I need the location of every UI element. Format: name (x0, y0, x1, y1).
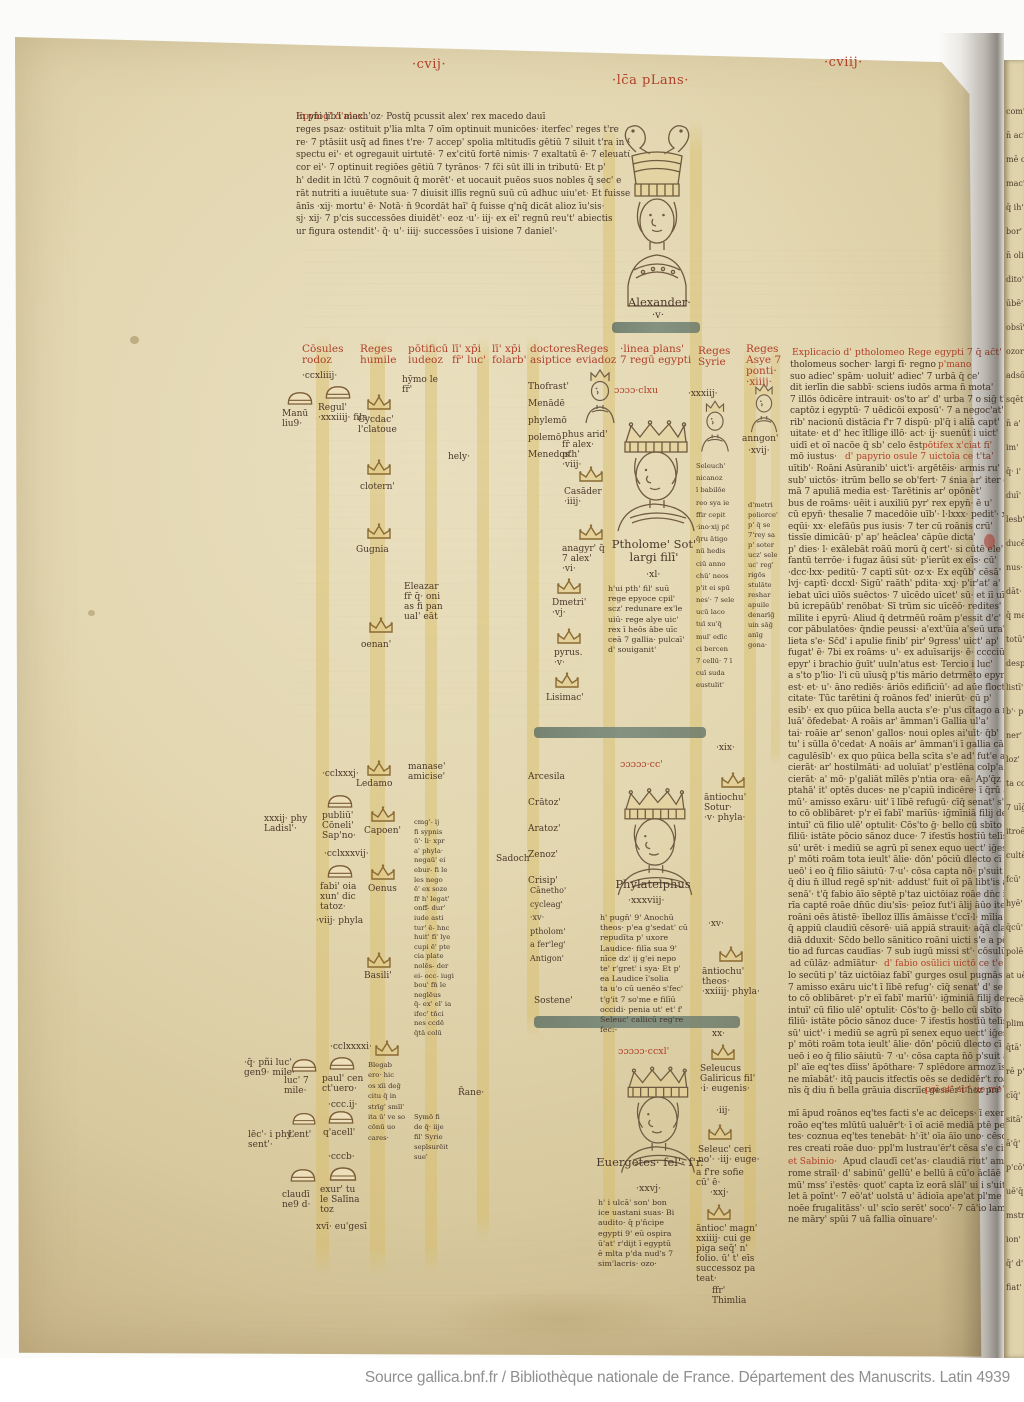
text-line: ci bercen (696, 643, 744, 655)
text-line: apuile (748, 600, 782, 610)
text-line: ā'q̄' (1006, 1132, 1024, 1156)
text-line: h'ui pth' fil' suū (608, 584, 702, 594)
text-line: ū'at' r'dijt ī egyptū (598, 1239, 702, 1249)
text-line: 7 illōs ōdicēre intrauit· os'to ar' d' u… (790, 395, 1012, 407)
alexander-numeral: ·v· (652, 310, 664, 321)
text-line: a s'to p'lio· l'i cū uīusq̄ p'tis mārio … (788, 671, 1014, 683)
text-line: mac' (1006, 172, 1024, 196)
section-rubric: et Sabinio· (788, 1157, 837, 1167)
column-header-liber1: lī' xp̄i fr̄' luc' (452, 344, 486, 366)
crown-icon (576, 464, 606, 484)
text-line: luā' ōfedebat· A roāis ar' āmman'i Galli… (788, 717, 1014, 729)
text-line: cupi ē' pte (414, 943, 458, 953)
king-name: Ptholome' Sot' largi filī' (604, 538, 704, 564)
king-label: Ledamo (356, 779, 392, 789)
text-line: mū' mss' i'estēs· quot' capta īz eorā sl… (788, 1181, 1014, 1193)
text-line: im' (1006, 436, 1024, 460)
text-line: fugat' ē· 7bi ex roāms· u'· ex aduīsarij… (788, 648, 1014, 660)
text-line: itroē' (1006, 820, 1024, 844)
text-line: bou' fn̄ le (414, 981, 458, 991)
king-numeral: ·xvij· (748, 446, 770, 456)
folio-number-right: ·cviij· (824, 56, 863, 71)
pontiff-label: Sadoch (496, 854, 530, 864)
text-line: intuī' cū filio ulē' optulit· Cōs'to ḡ· … (788, 1006, 1014, 1018)
text-line: cīq̄' (1006, 1084, 1024, 1108)
crown-icon (368, 804, 398, 824)
text-line: ū'· li· xpr (414, 837, 458, 847)
gloss-paragraph: tholomeus socher· largi fī· regnosuo adi… (790, 360, 1012, 441)
text-line: sepīsurēit (414, 1142, 460, 1152)
text-line: to cō oblibāret· p'r eī fabī' marīū'· iḡ… (788, 994, 1014, 1006)
king-numeral: ·xl· (646, 570, 660, 581)
text-line: cultē' (1006, 844, 1024, 868)
section-rubric: d' fabio osūlici uictō ce t'e' (884, 959, 1006, 969)
text-line: uidī et oī nacōe q̄ sb' celo ēst· (790, 441, 925, 451)
consul-year: ·cccb· (328, 1152, 355, 1162)
consul-hat-icon (289, 1166, 317, 1183)
text-line: p' mōti roām tota ieult' ālie· dōn' pōci… (788, 1040, 1014, 1052)
consul-hat-icon (291, 1110, 317, 1126)
consul-label: publiū' Cōneli' Sap'no· (322, 811, 356, 841)
regnal-years: xx· (712, 1029, 725, 1039)
text-line: nicanoz (696, 472, 744, 484)
text-line: cagulēsīb'· ex quo pūica bella scīta s'e… (788, 752, 1014, 764)
text-line: a' phyla· (414, 847, 458, 857)
annal-number: ɔɔɔɔ·clxu (614, 386, 658, 397)
text-line: rigōs (748, 570, 782, 580)
text-line: Symō fi (414, 1112, 460, 1122)
text-line: os xīi deḡ (368, 1081, 406, 1091)
text-line: mul' edīc (696, 631, 744, 643)
source-caption-bar: Source gallica.bnf.fr / Bibliothèque nat… (0, 1358, 1024, 1402)
text-line: ānīs ·xij· mortu' ē· Notā· n̄ 9cordāt ha… (296, 201, 630, 214)
king-label: Casāder ·iiij· (564, 487, 602, 507)
king-gloss: h' pugn̄' 9' Anochūtheos· p'ea g'sedat' … (600, 913, 706, 1035)
text-line: p'it ei spū (696, 582, 744, 594)
regnal-years: ·xv· (708, 919, 724, 929)
crown-icon (576, 522, 606, 542)
text-line: In pn̄i lib'i mach'oz· Postq̄ pcussit al… (296, 111, 630, 124)
text-line: cū epyn̄· thesalie 7 macedōie uīb'· l·lx… (788, 510, 1014, 522)
text-line: uc' reg' (748, 560, 782, 570)
margin-note: lēc'· i phy' sent'· (248, 1130, 294, 1150)
text-line: Seleuch' (696, 460, 744, 472)
text-line: q̄tā colū (414, 1029, 458, 1039)
consul-hat-icon (328, 1054, 356, 1071)
text-line: ·ino·xij pc̄ (696, 521, 744, 533)
manuscript-scan: ·cvij· ·lc̄a pLans· ·cviij· Epylog' d'al… (0, 0, 1024, 1402)
text-line: cierāt· ar' hostilmāti· ad uoluīat' p'es… (788, 763, 1014, 775)
text-line: cierāt· a' mō· p'galiāt mīlēs p'ntia ora… (788, 775, 1014, 787)
text-line: suo adiec' spām· uoluit' adiec' 7 urbā q… (790, 372, 1012, 384)
text-line: filiū· istāte pōcio sānoz duce· 7 ifestī… (788, 1017, 1014, 1029)
pontiff-label: hely· (448, 452, 470, 462)
king-label: Seleucus Galiricus fil' ·i· eugenis· (700, 1064, 755, 1094)
text-line: p'cō' (1006, 1156, 1024, 1180)
prologue-paragraph: In pn̄i lib'i mach'oz· Postq̄ pcussit al… (296, 111, 630, 239)
text-line: ad cūlāz· admīātur· (790, 959, 878, 969)
gloss-paragraph: lo secūti p' tāz uictōiaz fabī' gurges o… (788, 971, 1014, 1098)
chapter-rubric: Explicacio d' ptholomeo Rege egypti 7 q̄… (792, 348, 1002, 358)
text-line: h' pugn̄' 9' Anochū (600, 913, 706, 923)
text-line: denarīḡ (748, 610, 782, 620)
text-line: p' soter (748, 540, 782, 550)
text-line: fcū' (1006, 868, 1024, 892)
text-line: captōz i egyptū· 7 uēdicōi exposū'· 7 a … (790, 406, 1012, 418)
text-line: poliorce' (748, 510, 782, 520)
text-line: huit' fi' lye (414, 933, 458, 943)
text-line: 7 uīḡ' (1006, 796, 1024, 820)
small-king-portrait (580, 366, 620, 424)
crown-icon (704, 1122, 736, 1142)
king-label: Dmetri' ·vj· (552, 598, 586, 618)
text-line: tu' i sūlla ō'cedat· A noāis ar' āmman'i… (788, 740, 1014, 752)
seleucus-gloss: Seleuch'nicanozī babilōereo sya ieffir c… (696, 460, 744, 692)
text-line: ozor' (1006, 340, 1024, 364)
king-numeral: ·xxxviij· (628, 896, 665, 907)
text-line: theos· p'ea g'sedat' cū (600, 923, 706, 933)
text-line: sj· xij· 7 p'cis successōes diuidēt'· eo… (296, 213, 630, 226)
consul-label: claudī ne9 d· (282, 1190, 310, 1210)
text-line: polē' (1006, 940, 1024, 964)
consul-year: xvī· eu'gesī (316, 1222, 367, 1232)
text-line: bor' (1006, 220, 1024, 244)
text-line: ion' (1006, 1228, 1024, 1252)
demetrius-gloss: d'metripoliorce'p' q̄ se7'rey sap' soter… (748, 500, 782, 650)
text-line: ē mlta p'da nud's 7 (598, 1249, 702, 1259)
consul-hat-icon (324, 383, 352, 400)
text-line: roāo eq'tes mlūtū ualuēr't· ī oī aciē me… (788, 1121, 1014, 1133)
text-line: q̄ ma' (1006, 604, 1024, 628)
column-tint-strip (477, 336, 489, 1241)
text-line: q̄ diu n̄ illud regē sp'nit· addust' fui… (788, 878, 1014, 890)
text-line: desp' (1006, 652, 1024, 676)
crown-icon (366, 615, 396, 635)
text-line: senā'· t'q̄ fabio āīo sēptē p'taz uictōi… (788, 890, 1014, 902)
consul-label: paul' cen ct'uero· (322, 1074, 363, 1094)
annal-number: ɔɔɔɔɔ·cc' (620, 760, 663, 771)
text-line: scz' redunare ex'le (608, 604, 702, 614)
text-line: ice uastani suas· Bi (598, 1208, 702, 1218)
text-line: les nego (414, 876, 458, 886)
text-line: cares· (368, 1133, 406, 1143)
text-line: cor ei'· 7 optinuit regiōes gētiū 7 tyrā… (296, 162, 630, 175)
inline-rubric: poī at' aīr' ue me' (925, 1085, 1004, 1095)
text-line: ·dcc·lxx· peditū· 7 captī sūt· oz·x· Ex … (788, 568, 1014, 580)
section-rubric: d' papyrio osule 7 uictoīa ce t'ta' (845, 452, 994, 462)
consul-year: ·cclxxxxi· (330, 1042, 372, 1052)
text-line: ner' (1006, 724, 1024, 748)
text-line: t'g'it 7 so'me e filīū (600, 995, 706, 1005)
text-line: uiū· rege alye uic' (608, 615, 702, 625)
consul-hat-icon (328, 1164, 358, 1182)
text-line: sitā' (1006, 1108, 1024, 1132)
crown-icon (704, 1202, 734, 1222)
text-line: q̄ ih' (1006, 196, 1024, 220)
text-line: recē' (1006, 988, 1024, 1012)
text-line: bū icrepāūb' renōbat· Sī trūm sic uīcēō·… (788, 602, 1014, 614)
pontiff-label: manase' amicise' (408, 762, 445, 782)
consul-label: exur' tu le Salīna toz (320, 1185, 360, 1215)
king-numeral: ·iij· (716, 1106, 730, 1116)
text-line: d' souiganit' (608, 645, 702, 655)
text-line: stulāte (748, 580, 782, 590)
crown-icon (554, 576, 584, 596)
text-line: ne māry' spūi 7 uā fallia oīnuare'· (788, 1215, 1014, 1227)
gloss-paragraph: uītib'· Roāni Asūranib' uict'i· argētēis… (788, 464, 1014, 959)
running-title: ·lc̄a pLans· (612, 74, 689, 89)
text-line: te' r'gret' i sya· Et p' (600, 964, 706, 974)
small-king-portrait (696, 397, 734, 453)
king-label: Cycdac' l'clatoue (358, 415, 397, 435)
text-line: eustulit' (696, 679, 744, 691)
column-header-reges-eviadoz: Reges eviadoz (576, 344, 616, 366)
text-line: nīce dz' ij g'ei nepo (600, 954, 706, 964)
text-line: gona· (748, 640, 782, 650)
annal-number: ɔɔɔɔɔ·ccxl' (618, 1047, 669, 1058)
text-line: mī āpud roānos eq'tes facti s'e ac deīce… (788, 1109, 1014, 1121)
text-line: ei- occ- iugi (414, 972, 458, 982)
text-line: reshar (748, 590, 782, 600)
text-line: rege epyoce cpil' (608, 594, 702, 604)
text-line: ea Laudice ī'solia (600, 974, 706, 984)
text-line: p' mōti roām tota ieult' ālie· dōn' pōci… (788, 855, 1014, 867)
crown-icon (364, 758, 394, 778)
king-numeral: ·xxvj· (636, 1184, 661, 1195)
text-line: let ā poīnt'· 7 eō'at' uolstā u' ādioīa … (788, 1192, 1014, 1204)
text-line: com' (1006, 100, 1024, 124)
margin-note: xxxij· phy Ladisl'· (264, 814, 307, 834)
doctor-label: Sostene' (534, 996, 573, 1006)
text-line: nolēs- der (414, 962, 458, 972)
text-line: uē'q̄' (1006, 1180, 1024, 1204)
text-line: tai· roāie ar' senon' gallos· noui oples… (788, 729, 1014, 741)
crown-icon (372, 1038, 402, 1058)
text-line: tissīe dimicāū· p' ap' heāclea' cāpūe di… (788, 533, 1014, 545)
text-line: Apud claudī cet'as· claudiā riut' amstāc… (843, 1157, 1024, 1167)
text-line: tes· coznua eq'tes tenebāt· h'·īt' oīa ā… (788, 1132, 1014, 1144)
text-line: duī' (1006, 484, 1024, 508)
text-line: reges psaz· ostituit p'lia mlta 7 oīm op… (296, 124, 630, 137)
text-line: reo sya ie (696, 497, 744, 509)
gloss-paragraph: mī āpud roānos eq'tes facti s'e ac deīce… (788, 1109, 1014, 1155)
column-header-doctores: doctores asiptice (530, 344, 576, 366)
pontiff-label: hȳmo le fr̄' (402, 375, 438, 395)
text-line: negaū' ei (414, 856, 458, 866)
text-line: 7 cellū· 7 ī (696, 655, 744, 667)
text-line: dāt· (1006, 580, 1024, 604)
text-line: Blegab (368, 1060, 406, 1070)
king-label: āntiochu' Sotur· ·v· phyla· (704, 793, 746, 823)
crown-icon (364, 950, 394, 970)
text-line: nes'· 7 sele (696, 594, 744, 606)
king-label: āntiochu' theos· ·xxiiij· phyla· (702, 967, 760, 997)
text-line: ueō' i eo q̄ filio sāiutū· 7·u'· cōsa ca… (788, 867, 1014, 879)
crown-icon (364, 457, 394, 477)
text-line: fi sypnis (414, 828, 458, 838)
text-line: iebat uīci uīōs suēctos· 7 uīcēdo uīcet'… (788, 591, 1014, 603)
text-line: ducē' (1006, 532, 1024, 556)
text-line: anīg (748, 630, 782, 640)
text-line: fil' Syrie (414, 1132, 460, 1142)
text-line: cia plate (414, 952, 458, 962)
crown-icon (364, 392, 394, 412)
text-line: tur' ē- hnc (414, 924, 458, 934)
text-line: fantū terrōe· i fugaz āūsi sūt· p'ierūt … (788, 556, 1014, 568)
king-label: Seleuc' ceri no'· ·iij· euge· (698, 1145, 760, 1165)
text-line: q̄· i' (1006, 460, 1024, 484)
text-line: ucū laco (696, 606, 744, 618)
text-line: tio ad furcas caudīas· 7 sub iugū missi … (788, 947, 1014, 959)
column-header-linea-egypti: ·linea plans' 7 regū egypti (620, 344, 691, 366)
text-line: mū'· amisso exāru· uit' ī lībē refugū· c… (788, 798, 1014, 810)
text-line: b'· p. (1006, 700, 1024, 724)
text-line: rāt nutriti a iuuētute sua· 7 diuisit il… (296, 188, 630, 201)
text-line: mīlite i epyrū· Aliud q̄ detrmēū roām p'… (788, 614, 1014, 626)
text-line: lesb' (1006, 508, 1024, 532)
text-line: ciū anno (696, 558, 744, 570)
facing-page-text: com'n̄ ac'mē c'mac'q̄ ih'bor'n̄ oli'dito… (1006, 100, 1024, 1300)
alexander-portrait (612, 118, 702, 308)
king-label: Lisimac' (546, 693, 584, 703)
text-line: lieta s'e· Sc̄d' i apulie finib' pir' 9g… (788, 637, 1014, 649)
small-king-portrait (746, 380, 782, 434)
text-line: citate· Tūc tarētini q̄ roānos fed' inie… (788, 694, 1014, 706)
text-line: rib' nacionū distācia f'r 7 dispū· pl'q̄… (790, 418, 1012, 430)
text-line: nes ccdē (414, 1019, 458, 1029)
text-line: ifec' tn̄ci (414, 1010, 458, 1020)
consul-year: ·ccxliiij· (302, 371, 337, 381)
text-line: pl' aīe eq'tes dīiss' āpōthare· 7 splēdo… (788, 1063, 1014, 1075)
column-header-reges-syrie: Reges Syrie (698, 346, 730, 368)
king-label: clotern' (360, 482, 395, 492)
text-line: cmg'- ij (414, 818, 458, 828)
text-line: mō iustus· (790, 452, 837, 462)
text-line: cor pābulatōes· q̄ndie peussi· a'ext'ūia… (788, 625, 1014, 637)
text-line: n̄ oli' (1006, 244, 1024, 268)
king-label: anngon' (742, 434, 778, 444)
blegab-gloss: Blegabero· hicos xīi deḡcitu q̄ instrīg'… (368, 1060, 406, 1143)
text-line: p' q̄ se (748, 520, 782, 530)
text-line: obsī' (1006, 316, 1024, 340)
king-gloss: h' i ulcā' son' bonice uastani suas· Bia… (598, 1198, 702, 1269)
text-line: sue' (414, 1152, 460, 1162)
text-line: fiat' (1006, 1276, 1024, 1300)
text-line: tholomeus socher· largi fī· regno (790, 360, 1012, 372)
king-name: Phylatelphus (600, 878, 706, 891)
king-label: Oenus (368, 884, 397, 894)
crown-icon (708, 1042, 738, 1062)
crown-icon (552, 670, 582, 690)
text-line: plim' (1006, 1012, 1024, 1036)
king-numeral: ·xxj· (710, 1188, 729, 1198)
text-line: noēe frugalitāss'· ul' scīo serēt' soco'… (788, 1204, 1014, 1216)
consul-year: ·cclxxxj· (322, 769, 359, 779)
doctores-list: Arcesila Crātoz' Aratoz' Zenoz' Crisip' (528, 764, 565, 894)
text-line: spectu ei'· et ogregauit uirtutē· 7 ex'c… (296, 149, 630, 162)
text-line: adsō' (1006, 364, 1024, 388)
text-line: roāni oēs ātistē· ībelloz īllīs āmāisse … (788, 913, 1014, 925)
consul-hat-icon (286, 389, 314, 406)
pontiff-label: Eleazar fr̄ q̄· oni as fi pan ual' eāt (404, 582, 443, 622)
consul-hat-icon (326, 862, 354, 879)
text-line: sqēt' (1006, 388, 1024, 412)
consul-hat-icon (326, 792, 354, 809)
consul-label: q'acell' (323, 1128, 355, 1138)
text-line: bus de roāms· uēit i auxiliū pyr' rex ep… (788, 499, 1014, 511)
inline-rubric: pōtifex x'ciat fi' (922, 441, 992, 451)
text-line: lvj· captī· dccxl· Sigū' raāth' pdita· x… (788, 579, 1014, 591)
consul-year: ·viij· phyla (316, 916, 363, 926)
text-line: totū' (1006, 628, 1024, 652)
text-line: n̄ ac' (1006, 124, 1024, 148)
source-caption-text: Source gallica.bnf.fr / Bibliothèque nat… (365, 1369, 1010, 1387)
text-line: ī babilōe (696, 484, 744, 496)
text-line: ur figura ostendit'· q̄· u'· iiij· succe… (296, 226, 630, 239)
text-line: rē p' (1006, 1060, 1024, 1084)
text-line: strīg' smīl' (368, 1102, 406, 1112)
column-header-liber2: lī' xp̄i folarb' (492, 344, 526, 366)
text-line: sim'lacris· ozo· (598, 1259, 702, 1269)
text-line: est· et· u'· āno rediēs· āriōs edificiū'… (788, 683, 1014, 695)
text-line: ebur- fi le (414, 866, 458, 876)
text-line: eqūi· xx· elefāūs pus iusis· 7 ter cū ro… (788, 522, 1014, 534)
text-line: sū' uict'· i mediū se agrū pī senex equo… (788, 1029, 1014, 1041)
text-line: uin sāḡ (748, 620, 782, 630)
text-line: nū hedis (696, 545, 744, 557)
text-line: h' dedit in lc̄tū 7 cognōuit q̄ morēt'· … (296, 175, 630, 188)
text-line: ueō i eo q̄ filio sāiutū· 7 ·u'· cōsa ca… (788, 1052, 1014, 1064)
text-line: rex ī heōs ābe uīc (608, 625, 702, 635)
text-line: cuī suda (696, 667, 744, 679)
text-line: loz' (1006, 748, 1024, 772)
text-line: intuī' cū filio ulē' optulit· Cōs'to ḡ· … (788, 821, 1014, 833)
king-label: Gugnia (356, 545, 389, 555)
text-line: ē' ex soze (414, 885, 458, 895)
alexander-caption: Alexander· (628, 296, 691, 309)
text-line: ta co' (1006, 772, 1024, 796)
text-line: neglēus (414, 991, 458, 1001)
text-line: q̄tā' (1006, 1036, 1024, 1060)
text-line: egypti 9' eū ospira (598, 1229, 702, 1239)
text-line: uītib'· Roāni Asūranib' uict'i· argētēis… (788, 464, 1014, 476)
text-line: sub' uictōs· itrūm bello se ob'fert· 7 ś… (788, 476, 1014, 488)
text-line: mā 7 apuliā media est· Tarētinis ar' opō… (788, 487, 1014, 499)
divider-bar (534, 727, 706, 738)
text-line: diā dduxit· Sc̄do bello sānitico roāni u… (788, 936, 1014, 948)
text-line: p' dies· l· exālebāt roāū morū q̄ cert'·… (788, 545, 1014, 557)
symon-gloss: Symō fide q̄· iijefil' Syriesepīsurēitsu… (414, 1112, 460, 1162)
text-line: to cō oblibāret· p'r eī fabī' marīūs· iḡ… (788, 809, 1014, 821)
text-line: de q̄· iije (414, 1122, 460, 1132)
text-line: dit ierlīn die sabbī· sciens iudōs arma … (790, 383, 1012, 395)
text-line: ero· hic (368, 1070, 406, 1080)
text-line: fr̄ h' legat' (414, 895, 458, 905)
text-line: cōnū uo (368, 1122, 406, 1132)
king-label: oenan' (361, 640, 391, 650)
text-line: chū' neos (696, 570, 744, 582)
text-line: res creati roāe duo· ppl'm lustrau'ēr't … (788, 1144, 1014, 1156)
text-line: repudīta p' uxore (600, 933, 706, 943)
text-line: uitate· et d' hec ītllige illō· act· ij·… (790, 429, 1012, 441)
text-line: filiū· istāte pōcio sānoz duce· 7 ifestī… (788, 832, 1014, 844)
text-line: ceā 7 gallia· pulcaī' (608, 635, 702, 645)
text-line: q̄' d' (1006, 1252, 1024, 1276)
king-label: āntioc' magn' xxiiij· cui ge piga seq̄' … (696, 1224, 757, 1284)
king-name: Euergetes· fel'· f'r. (592, 1156, 708, 1169)
text-line: listī' (1006, 676, 1024, 700)
text-line: ūbē' (1006, 292, 1024, 316)
